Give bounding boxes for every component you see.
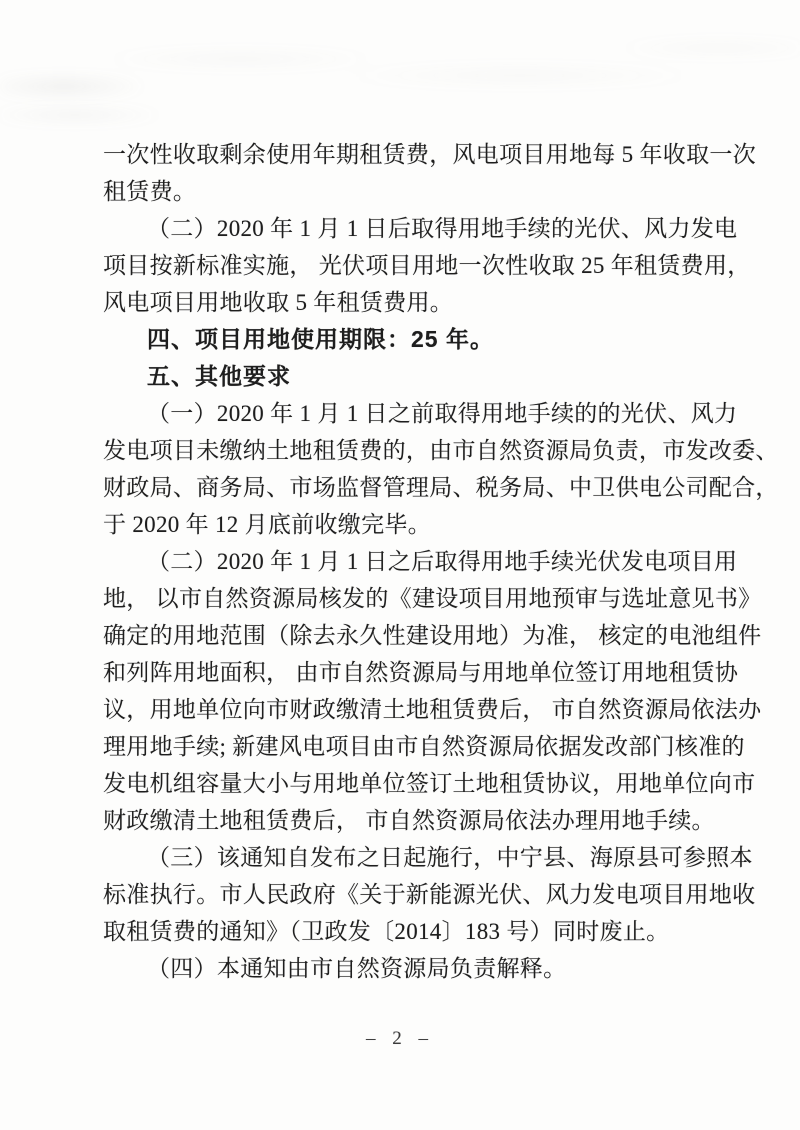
text-line: 财政缴清土地租赁费后， 市自然资源局依法办理用地手续。: [103, 802, 715, 839]
text-line: 项目按新标准实施， 光伏项目用地一次性收取 25 年租赁费用，: [103, 247, 715, 284]
document-body: 一次性收取剩余使用年期租赁费，风电项目用地每 5 年收取一次租赁费。（二）202…: [103, 136, 715, 987]
text-line: 地， 以市自然资源局核发的《建设项目用地预审与选址意见书》: [103, 580, 715, 617]
text-line: 财政局、商务局、市场监督管理局、税务局、中卫供电公司配合，: [103, 469, 715, 506]
scanned-document-page: 一次性收取剩余使用年期租赁费，风电项目用地每 5 年收取一次租赁费。（二）202…: [0, 0, 800, 1130]
text-line: 租赁费。: [103, 173, 715, 210]
text-line: 议，用地单位向市财政缴清土地租赁费后， 市自然资源局依法办: [103, 691, 715, 728]
text-line: （一）2020 年 1 月 1 日之前取得用地手续的的光伏、风力: [103, 395, 715, 432]
text-line: 和列阵用地面积， 由市自然资源局与用地单位签订用地租赁协: [103, 654, 715, 691]
scan-artifact: [0, 95, 300, 135]
page-number: – 2 –: [0, 1028, 800, 1050]
text-line: （二）2020 年 1 月 1 日后取得用地手续的光伏、风力发电: [103, 210, 715, 247]
text-line: 标准执行。市人民政府《关于新能源光伏、风力发电项目用地收: [103, 876, 715, 913]
text-line: 于 2020 年 12 月底前收缴完毕。: [103, 506, 715, 543]
text-line: （三）该通知自发布之日起施行，中宁县、海原县可参照本: [103, 839, 715, 876]
section-heading: 四、项目用地使用期限：25 年。: [103, 321, 715, 358]
text-line: 风电项目用地收取 5 年租赁费用。: [103, 284, 715, 321]
text-line: 理用地手续; 新建风电项目由市自然资源局依据发改部门核准的: [103, 728, 715, 765]
section-heading: 五、其他要求: [103, 358, 715, 395]
text-line: （二）2020 年 1 月 1 日之后取得用地手续光伏发电项目用: [103, 543, 715, 580]
scan-artifact: [0, 15, 800, 125]
text-line: （四）本通知由市自然资源局负责解释。: [103, 950, 715, 987]
text-line: 取租赁费的通知》（卫政发〔2014〕183 号）同时废止。: [103, 913, 715, 950]
text-line: 发电机组容量大小与用地单位签订土地租赁协议，用地单位向市: [103, 765, 715, 802]
text-line: 发电项目未缴纳土地租赁费的，由市自然资源局负责，市发改委、: [103, 432, 715, 469]
text-line: 确定的用地范围（除去永久性建设用地）为准， 核定的电池组件: [103, 617, 715, 654]
text-line: 一次性收取剩余使用年期租赁费，风电项目用地每 5 年收取一次: [103, 136, 715, 173]
